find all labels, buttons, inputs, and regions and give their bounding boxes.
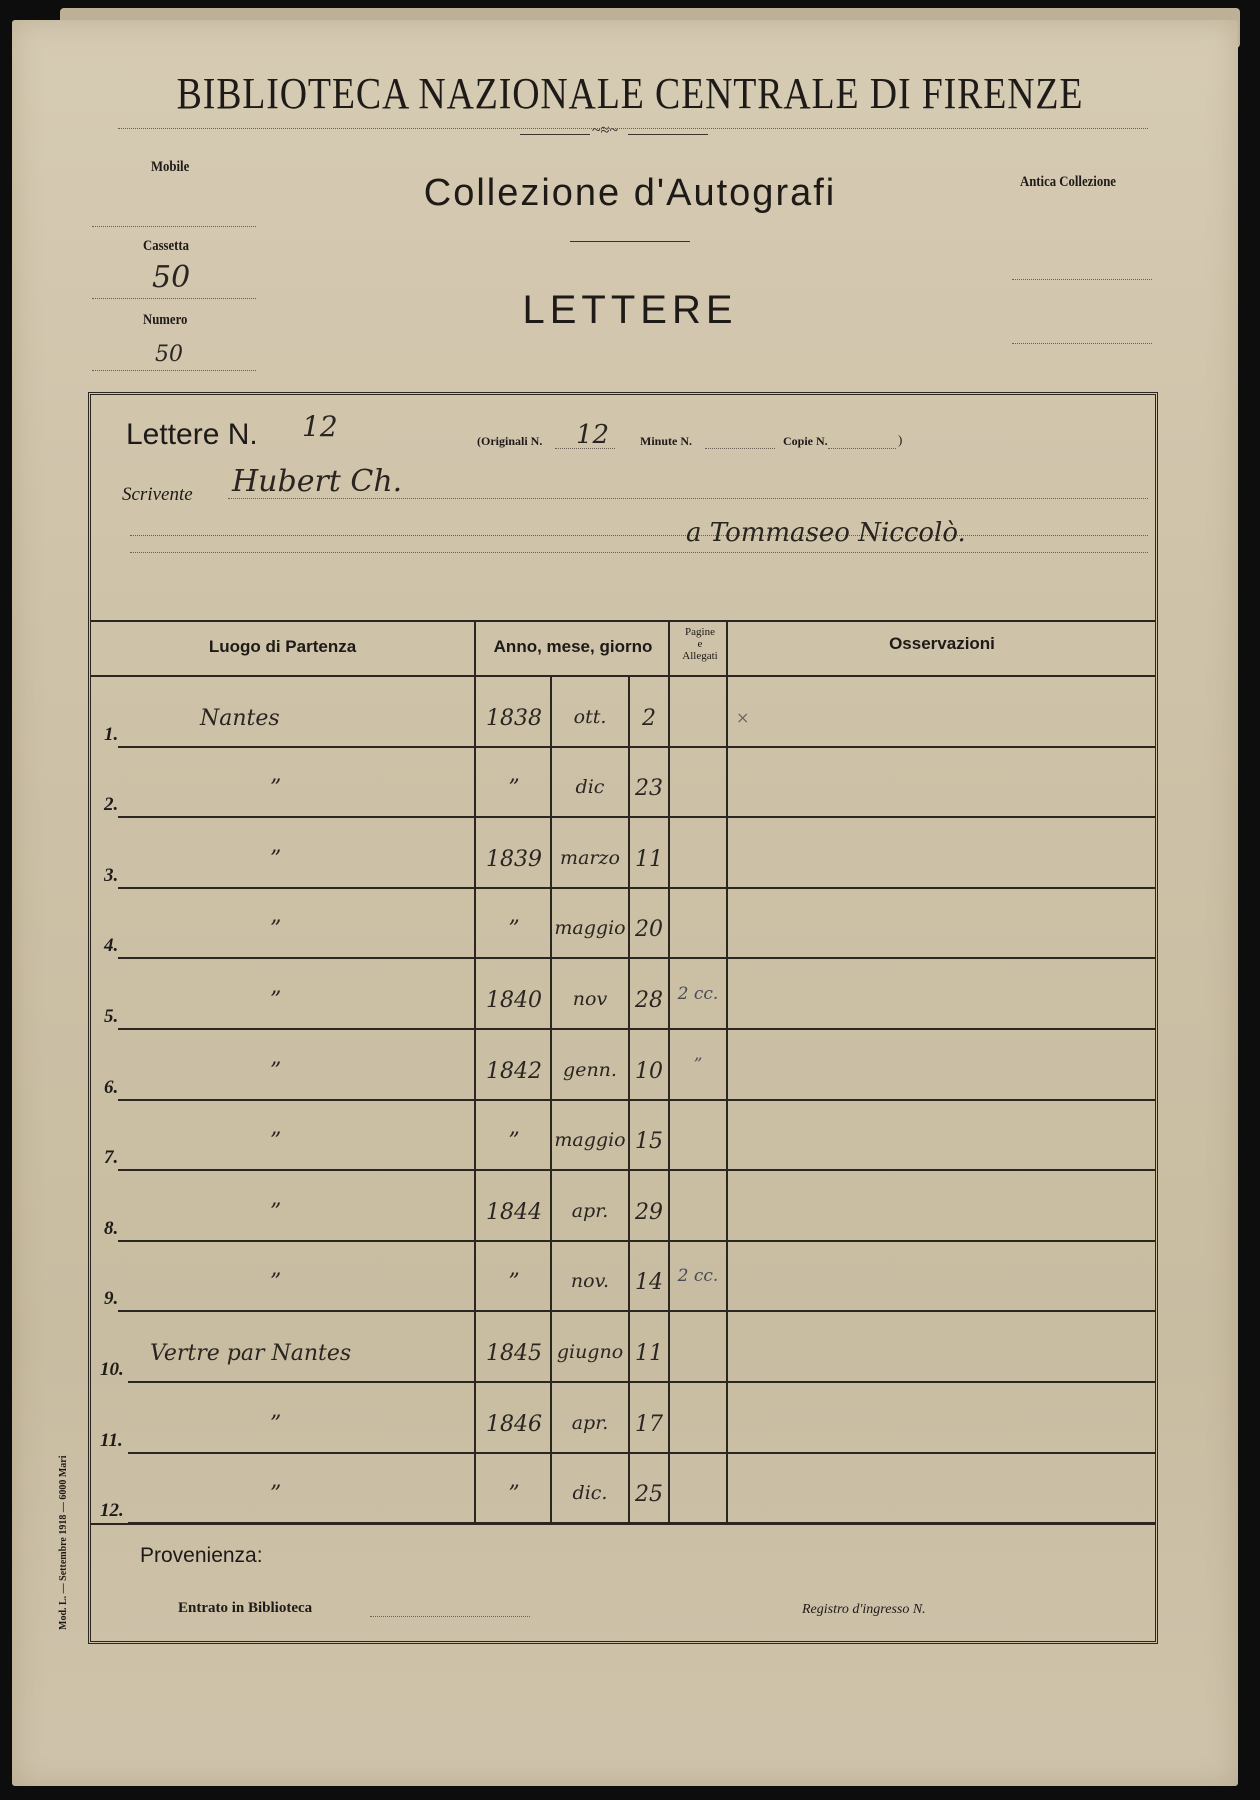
- cell-mese[interactable]: nov: [552, 988, 628, 1010]
- row-number: 3.: [104, 865, 118, 887]
- recipient-value[interactable]: a Tommaseo Niccolò.: [686, 518, 966, 548]
- antica-field-line-2: [1012, 343, 1152, 344]
- copie-close-paren: ): [898, 432, 902, 448]
- cell-anno[interactable]: ”: [478, 1270, 550, 1295]
- cell-luogo[interactable]: ”: [270, 988, 281, 1013]
- cell-giorno[interactable]: 17: [630, 1412, 668, 1437]
- cell-anno[interactable]: 1842: [478, 1059, 550, 1084]
- row-number: 1.: [104, 724, 118, 746]
- table-top-rule: [90, 620, 1156, 622]
- column-header-luogo: Luogo di Partenza: [90, 637, 475, 657]
- cell-mese[interactable]: apr.: [552, 1200, 628, 1222]
- cell-mese[interactable]: dic: [552, 776, 628, 798]
- cell-giorno[interactable]: 11: [630, 847, 668, 872]
- cell-luogo[interactable]: Nantes: [200, 706, 280, 731]
- copie-field-line: [828, 448, 896, 449]
- cell-anno[interactable]: 1845: [478, 1341, 550, 1366]
- cell-anno[interactable]: 1844: [478, 1200, 550, 1225]
- cell-anno[interactable]: 1838: [478, 706, 550, 731]
- cell-mese[interactable]: marzo: [552, 847, 628, 869]
- copie-label: Copie N.: [783, 434, 828, 449]
- numero-value[interactable]: 50: [155, 342, 183, 367]
- cell-luogo[interactable]: Vertre par Nantes: [150, 1341, 351, 1366]
- cell-mese[interactable]: genn.: [552, 1059, 628, 1081]
- cell-luogo[interactable]: ”: [270, 1270, 281, 1295]
- row-number: 12.: [100, 1500, 124, 1522]
- provenienza-label: Provenienza:: [140, 1544, 263, 1568]
- row-number: 2.: [104, 794, 118, 816]
- cell-giorno[interactable]: 28: [630, 988, 668, 1013]
- column-header-pagine: Pagine e Allegati: [672, 626, 728, 662]
- minute-field-line: [705, 448, 775, 449]
- row-number: 5.: [104, 1006, 118, 1028]
- cell-pagine[interactable]: 2 cc.: [670, 1266, 726, 1286]
- registro-label: Registro d'ingresso N.: [802, 1602, 926, 1618]
- cell-luogo[interactable]: ”: [270, 1129, 281, 1154]
- cell-giorno[interactable]: 20: [630, 917, 668, 942]
- cell-pagine[interactable]: 2 cc.: [670, 984, 726, 1004]
- scrivente-label: Scrivente: [122, 484, 193, 506]
- header-dotted-rule: [118, 128, 1148, 129]
- cell-giorno[interactable]: 25: [630, 1482, 668, 1507]
- ornament-rule-left: [520, 134, 590, 135]
- pagine-header-line2: e: [672, 638, 728, 650]
- cassetta-label: Cassetta: [143, 238, 189, 255]
- cell-luogo[interactable]: ”: [270, 1482, 281, 1507]
- minute-label: Minute N.: [640, 434, 692, 449]
- cell-anno[interactable]: 1840: [478, 988, 550, 1013]
- cell-mese[interactable]: ott.: [552, 706, 628, 728]
- row-number: 10.: [100, 1359, 124, 1381]
- cell-mese[interactable]: maggio: [552, 1129, 628, 1151]
- row-number: 11.: [100, 1430, 123, 1452]
- row-number: 8.: [104, 1218, 118, 1240]
- originali-label: (Originali N.: [477, 434, 542, 449]
- cell-luogo[interactable]: ”: [270, 917, 281, 942]
- cell-giorno[interactable]: 2: [630, 706, 668, 731]
- summary-line-3: [130, 552, 1148, 553]
- cell-mese[interactable]: nov.: [552, 1270, 628, 1292]
- cell-giorno[interactable]: 10: [630, 1059, 668, 1084]
- subtitle-rule: [570, 241, 690, 242]
- lettere-count-label: Lettere N.: [126, 418, 258, 452]
- cell-osservazioni[interactable]: ×: [736, 708, 749, 727]
- ornament-flourish: ~≈~: [592, 122, 618, 140]
- lettere-count-value[interactable]: 12: [302, 410, 338, 443]
- institution-title: BIBLIOTECA NAZIONALE CENTRALE DI FIRENZE: [88, 68, 1172, 119]
- antica-field-line-1: [1012, 279, 1152, 280]
- entrato-label: Entrato in Biblioteca: [178, 1600, 312, 1617]
- mobile-field-line: [92, 226, 256, 227]
- cell-luogo[interactable]: ”: [270, 776, 281, 801]
- cell-giorno[interactable]: 23: [630, 776, 668, 801]
- entrato-field-line: [370, 1616, 530, 1617]
- cell-giorno[interactable]: 14: [630, 1270, 668, 1295]
- summary-line-2: [130, 535, 1148, 536]
- cell-mese[interactable]: apr.: [552, 1412, 628, 1434]
- row-number: 9.: [104, 1288, 118, 1310]
- scrivente-value[interactable]: Hubert Ch.: [232, 464, 402, 499]
- cell-anno[interactable]: 1839: [478, 847, 550, 872]
- cell-giorno[interactable]: 11: [630, 1341, 668, 1366]
- cell-luogo[interactable]: ”: [270, 1059, 281, 1084]
- row-number: 7.: [104, 1147, 118, 1169]
- form-type-title: LETTERE: [0, 288, 1260, 333]
- cell-mese[interactable]: dic.: [552, 1482, 628, 1504]
- pagine-header-line3: Allegati: [672, 650, 728, 662]
- cell-giorno[interactable]: 15: [630, 1129, 668, 1154]
- row-number: 4.: [104, 935, 118, 957]
- cell-anno[interactable]: 1846: [478, 1412, 550, 1437]
- numero-field-line: [92, 370, 256, 371]
- scrivente-field-line: [228, 498, 1148, 499]
- cell-luogo[interactable]: ”: [270, 1412, 281, 1437]
- originali-field-line: [555, 448, 615, 449]
- antica-collezione-label: Antica Collezione: [1020, 174, 1116, 191]
- cell-giorno[interactable]: 29: [630, 1200, 668, 1225]
- side-imprint: Mod. L. — Settembre 1918 — 6000 Mari: [58, 1455, 69, 1630]
- ornament-rule-right: [628, 134, 708, 135]
- row-rule: [128, 1522, 1156, 1524]
- originali-value[interactable]: 12: [576, 420, 609, 450]
- cell-luogo[interactable]: ”: [270, 1200, 281, 1225]
- cell-luogo[interactable]: ”: [270, 847, 281, 872]
- row-number: 6.: [104, 1077, 118, 1099]
- column-header-osservazioni: Osservazioni: [728, 634, 1156, 654]
- cell-mese[interactable]: maggio: [552, 917, 628, 939]
- pagine-header-line1: Pagine: [672, 626, 728, 638]
- cell-pagine[interactable]: ”: [670, 1055, 726, 1075]
- column-header-data: Anno, mese, giorno: [476, 637, 670, 657]
- cell-anno[interactable]: ”: [478, 917, 550, 942]
- cell-mese[interactable]: giugno: [552, 1341, 628, 1363]
- cell-anno[interactable]: ”: [478, 1482, 550, 1507]
- cell-anno[interactable]: ”: [478, 1129, 550, 1154]
- cell-anno[interactable]: ”: [478, 776, 550, 801]
